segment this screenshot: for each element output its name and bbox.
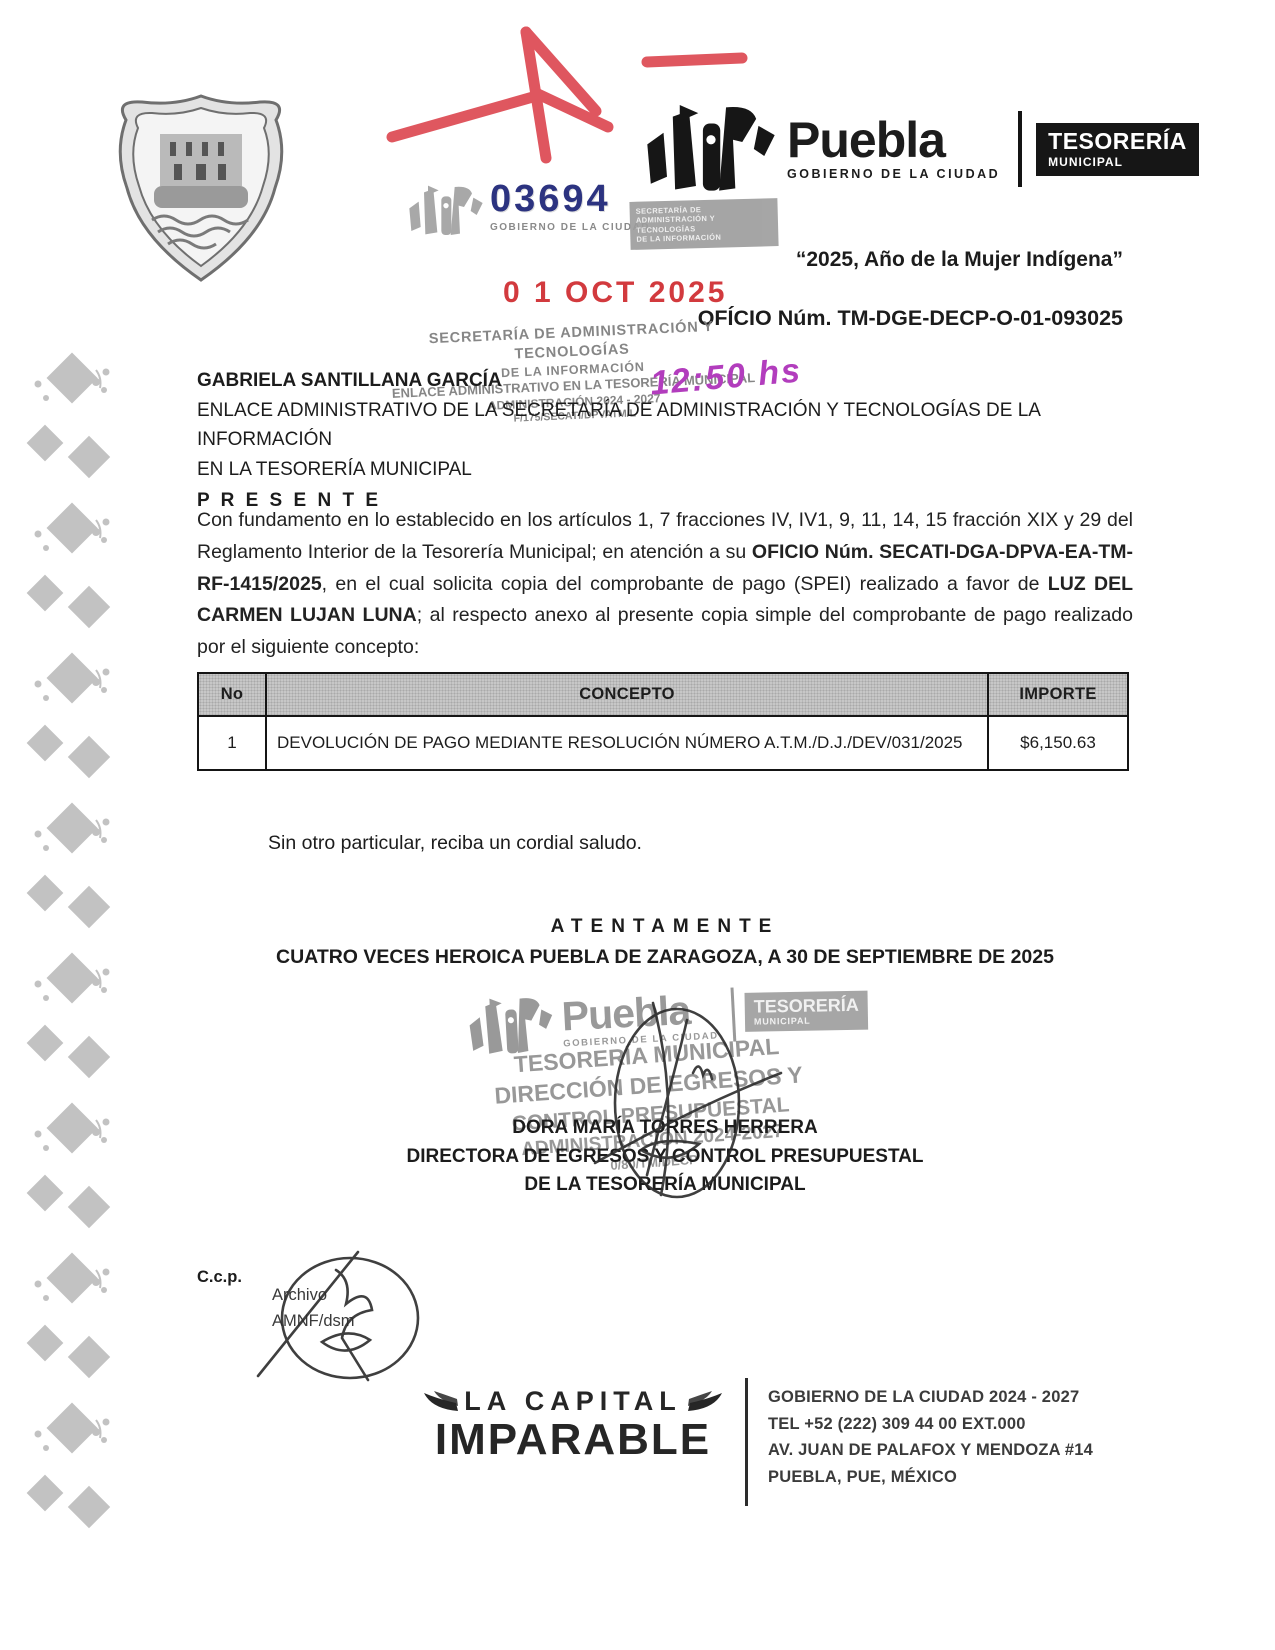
slogan-la-capital: LA CAPITAL [464,1386,681,1417]
footer-line-government: GOBIERNO DE LA CIUDAD 2024 - 2027 [768,1384,1093,1411]
folio-tagline: GOBIERNO DE LA CIUDAD [490,222,650,233]
received-date-stamp: 0 1 OCT 2025 [503,276,727,310]
talavera-margin-pattern [26,342,118,1552]
tesoreria-box: TESORERÍA MUNICIPAL [1036,123,1199,176]
atentamente: ATENTAMENTE [197,916,1133,938]
footer-line-address: AV. JUAN DE PALAFOX Y MENDOZA #14 [768,1437,1093,1464]
footer-divider [745,1378,748,1506]
cc-signature-scribble [240,1230,430,1390]
red-crayon-annotation [370,15,790,175]
footer-line-city: PUEBLA, PUE, MÉXICO [768,1464,1093,1491]
signature-scribble [555,985,815,1220]
document-page: Puebla GOBIERNO DE LA CIUDAD TESORERÍA M… [0,0,1275,1650]
col-header-concepto: CONCEPTO [266,673,988,716]
secati-stamp-box: SECRETARÍA DE ADMINISTRACIÓN Y TECNOLOGÍ… [629,198,778,249]
cell-importe: $6,150.63 [988,716,1128,770]
slogan-imparable: IMPARABLE [418,1415,728,1465]
cell-concepto: DEVOLUCIÓN DE PAGO MEDIANTE RESOLUCIÓN N… [266,716,988,770]
footer-contact-info: GOBIERNO DE LA CIUDAD 2024 - 2027 TEL +5… [768,1384,1093,1491]
year-legend: “2025, Año de la Mujer Indígena” [796,248,1123,272]
folio-stamp: 03694 GOBIERNO DE LA CIUDAD [408,180,650,242]
wing-right-icon [688,1389,724,1415]
la-capital-imparable-logo: LA CAPITAL IMPARABLE [418,1386,728,1465]
puebla-coat-of-arms [112,90,290,288]
body-text: , en el cual solicita copia del comproba… [322,573,1048,595]
col-header-importe: IMPORTE [988,673,1128,716]
recipient-title-line1: ENLACE ADMINISTRATIVO DE LA SECRETARÍA D… [197,396,1137,455]
cell-no: 1 [198,716,266,770]
col-header-no: No [198,673,266,716]
closing-line: Sin otro particular, reciba un cordial s… [268,832,642,855]
table-row: 1 DEVOLUCIÓN DE PAGO MEDIANTE RESOLUCIÓN… [198,716,1128,770]
brand-divider [1018,111,1022,187]
body-paragraph: Con fundamento en lo establecido en los … [197,505,1133,664]
table-header-row: No CONCEPTO IMPORTE [198,673,1128,716]
brand-tagline: GOBIERNO DE LA CIUDAD [787,167,1000,181]
recipient-salutation: P R E S E N T E [197,486,1137,516]
folio-skyline-icon [408,180,484,242]
recipient-block: GABRIELA SANTILLANA GARCÍA ENLACE ADMINI… [197,366,1137,515]
folio-number: 03694 [490,180,650,218]
cc-label: C.c.p. [197,1268,242,1287]
footer-line-phone: TEL +52 (222) 309 44 00 EXT.000 [768,1411,1093,1438]
oficio-number: OFÍCIO Núm. TM-DGE-DECP-O-01-093025 [698,306,1123,331]
tesoreria-box-subtitle: MUNICIPAL [1048,156,1187,168]
recipient-title-line2: EN LA TESORERÍA MUNICIPAL [197,455,1137,485]
brand-wordmark: Puebla [787,117,1000,165]
concept-table: No CONCEPTO IMPORTE 1 DEVOLUCIÓN DE PAGO… [197,672,1129,771]
place-and-date: CUATRO VECES HEROICA PUEBLA DE ZARAGOZA,… [197,946,1133,969]
tesoreria-box-title: TESORERÍA [1048,130,1187,153]
wing-left-icon [422,1389,458,1415]
recipient-name: GABRIELA SANTILLANA GARCÍA [197,366,1137,396]
